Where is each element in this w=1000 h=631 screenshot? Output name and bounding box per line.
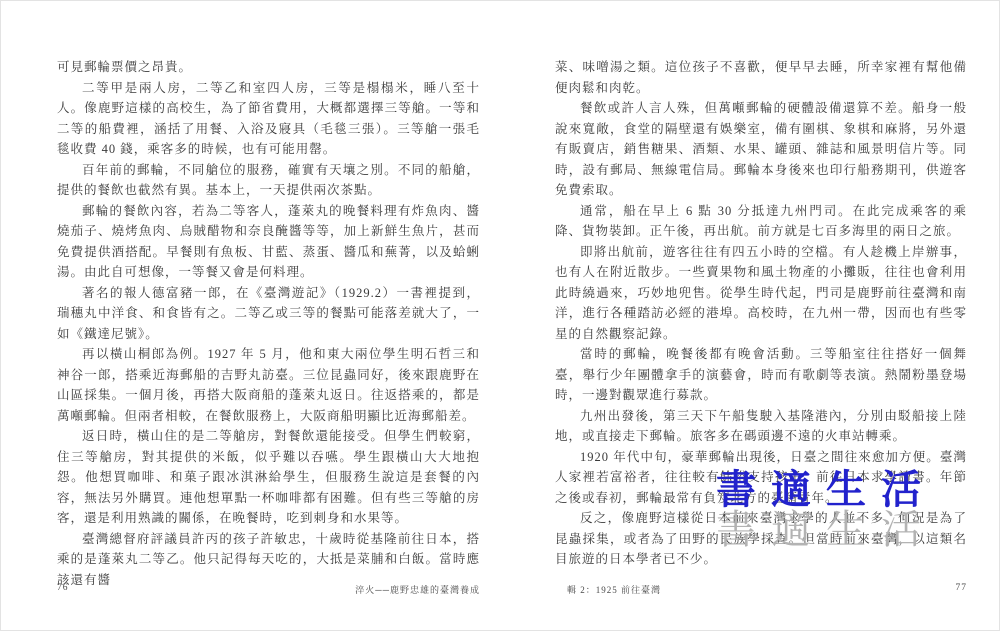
- paragraph: 百年前的郵輪，不同艙位的服務，確實有天壤之別。不同的船艙，提供的餐飲也截然有異。…: [57, 160, 480, 201]
- left-running-title: 淬火──鹿野忠雄的臺灣養成: [355, 583, 480, 596]
- paragraph: 再以橫山桐郎為例。1927 年 5 月，他和東大兩位學生明石哲三和神谷一郎，搭乘…: [57, 344, 480, 426]
- paragraph: 餐飲或許人言人殊，但萬噸郵輪的硬體設備還算不差。船身一般說來寬敞，食堂的隔壁還有…: [555, 98, 967, 201]
- paragraph: 返日時，橫山住的是二等艙房，對餐飲還能接受。但學生們較窮，住三等艙房，對其提供的…: [57, 426, 480, 529]
- right-running-title: 輯 2：1925 前往臺灣: [555, 583, 661, 596]
- paragraph: 可見郵輪票價之昂貴。: [57, 57, 480, 78]
- left-page: 可見郵輪票價之昂貴。二等甲是兩人房，二等乙和室四人房，三等是榻榻米，睡八至十人。…: [57, 57, 480, 590]
- left-page-text: 可見郵輪票價之昂貴。二等甲是兩人房，二等乙和室四人房，三等是榻榻米，睡八至十人。…: [57, 57, 480, 590]
- right-page-number: 77: [956, 583, 968, 593]
- paragraph: 通常，船在早上 6 點 30 分抵達九州門司。在此完成乘客的乘降、貨物裝卸。正午…: [555, 201, 967, 242]
- right-page-footer: 輯 2：1925 前往臺灣 77: [555, 583, 967, 595]
- publisher-watermark: 書適生活 書適生活: [716, 470, 936, 550]
- paragraph: 郵輪的餐飲內容，若為二等客人，蓬萊丸的晚餐料理有炸魚肉、醬燒茄子、燒烤魚肉、烏賊…: [57, 201, 480, 283]
- paragraph: 著名的報人德富豬一郎，在《臺灣遊記》（1929.2）一書裡提到，瑞穗丸中洋食、和…: [57, 283, 480, 345]
- left-page-number: 76: [57, 583, 69, 593]
- paragraph: 臺灣總督府評議員許丙的孩子許敏忠，十歲時從基隆前往日本，搭乘的是蓬萊丸二等乙。他…: [57, 529, 480, 591]
- watermark-blue-text: 書適生活: [716, 470, 936, 510]
- paragraph: 二等甲是兩人房，二等乙和室四人房，三等是榻榻米，睡八至十人。像鹿野這樣的高校生，…: [57, 78, 480, 160]
- left-page-footer: 76 淬火──鹿野忠雄的臺灣養成: [57, 583, 480, 595]
- paragraph: 即將出航前，遊客往往有四五小時的空檔。有人趁機上岸辦事，也有人在附近散步。一些賣…: [555, 242, 967, 345]
- book-spread: 可見郵輪票價之昂貴。二等甲是兩人房，二等乙和室四人房，三等是榻榻米，睡八至十人。…: [0, 0, 1000, 631]
- paragraph: 九州出發後，第三天下午船隻駛入基隆港內，分別由駁船接上陸地，或直接走下郵輪。旅客…: [555, 406, 967, 447]
- paragraph: 菜、味噌湯之類。這位孩子不喜歡，便早早去睡，所幸家裡有幫他備便肉鬆和肉乾。: [555, 57, 967, 98]
- paragraph: 當時的郵輪，晚餐後都有晚會活動。三等船室往往搭好一個舞臺，舉行少年團體拿手的演藝…: [555, 344, 967, 406]
- watermark-gray-text: 書適生活: [716, 510, 936, 550]
